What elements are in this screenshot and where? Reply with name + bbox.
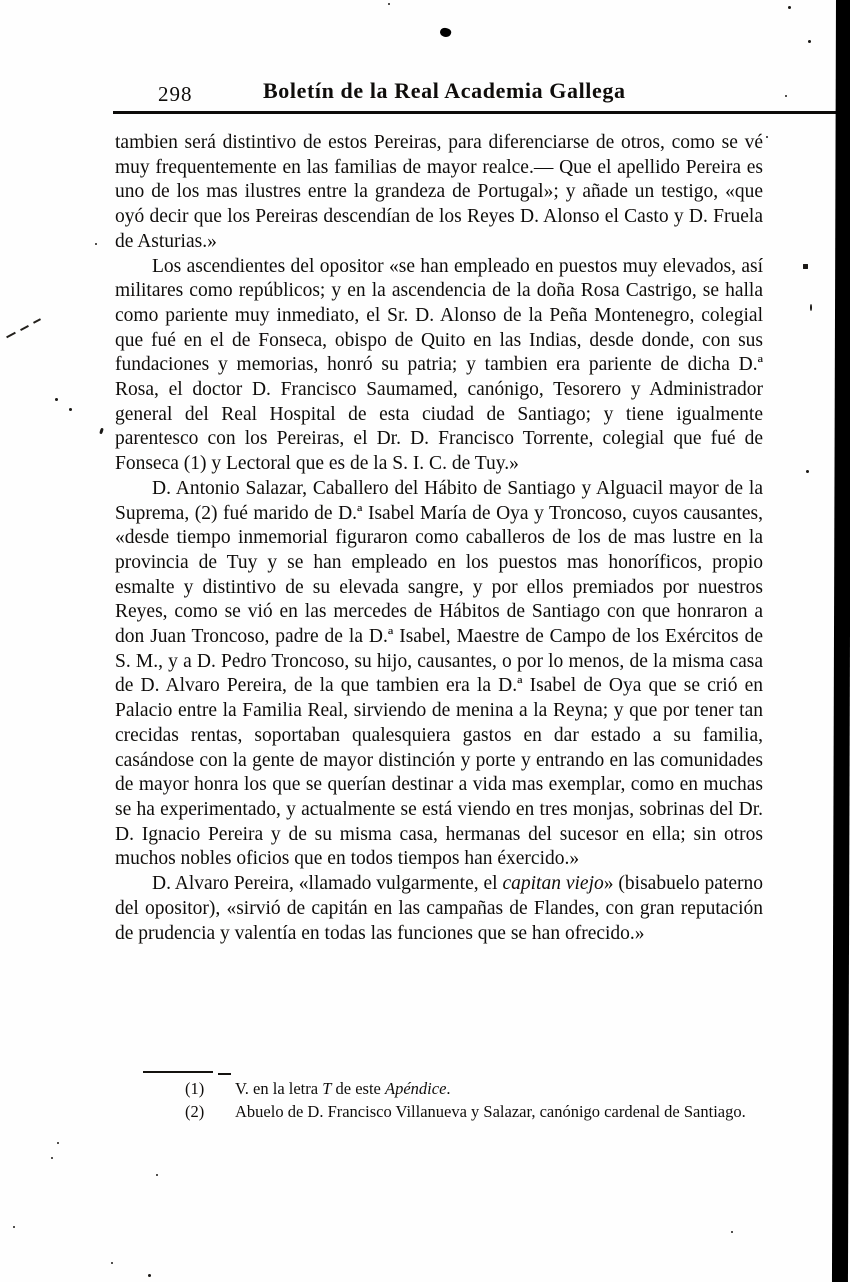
footnote-2-marker: (2) bbox=[185, 1101, 235, 1124]
footnote-1-text-end: . bbox=[446, 1079, 450, 1098]
scan-edge-bar bbox=[832, 0, 850, 1282]
header-rule bbox=[113, 111, 850, 114]
paragraph-4-text: D. Alvaro Pereira, «llamado vulgarmente,… bbox=[152, 873, 502, 894]
paragraph-1: tambien será distintivo de estos Pereira… bbox=[115, 131, 763, 255]
paragraph-4: D. Alvaro Pereira, «llamado vulgarmente,… bbox=[115, 872, 763, 946]
paragraph-2: Los ascendientes del opositor «se han em… bbox=[115, 255, 763, 477]
footnote-1-italic-word: Apéndice bbox=[385, 1079, 446, 1098]
paragraph-3: D. Antonio Salazar, Caballero del Hábito… bbox=[115, 477, 763, 872]
footnote-separator bbox=[143, 1071, 213, 1073]
footnote-1-text-mid: de este bbox=[331, 1079, 385, 1098]
body-text: tambien será distintivo de estos Pereira… bbox=[115, 131, 763, 946]
scanned-book-page: 298 Boletín de la Real Academia Gallega … bbox=[0, 0, 850, 1282]
footnote-1-text: V. en la letra bbox=[235, 1079, 322, 1098]
footnote-2: (2)Abuelo de D. Francisco Villanueva y S… bbox=[185, 1101, 785, 1124]
footnote-2-text: Abuelo de D. Francisco Villanueva y Sala… bbox=[235, 1102, 746, 1121]
paragraph-4-italic-phrase: capitan viejo bbox=[502, 873, 603, 894]
page-header-title: Boletín de la Real Academia Gallega bbox=[263, 78, 626, 104]
footnote-1-marker: (1) bbox=[185, 1078, 235, 1101]
footnote-separator-dash bbox=[218, 1073, 231, 1075]
ink-blot-artifact bbox=[439, 26, 452, 38]
page-number: 298 bbox=[158, 82, 193, 107]
footnotes: (1)V. en la letra T de este Apéndice. (2… bbox=[185, 1078, 785, 1123]
footnote-1: (1)V. en la letra T de este Apéndice. bbox=[185, 1078, 785, 1101]
